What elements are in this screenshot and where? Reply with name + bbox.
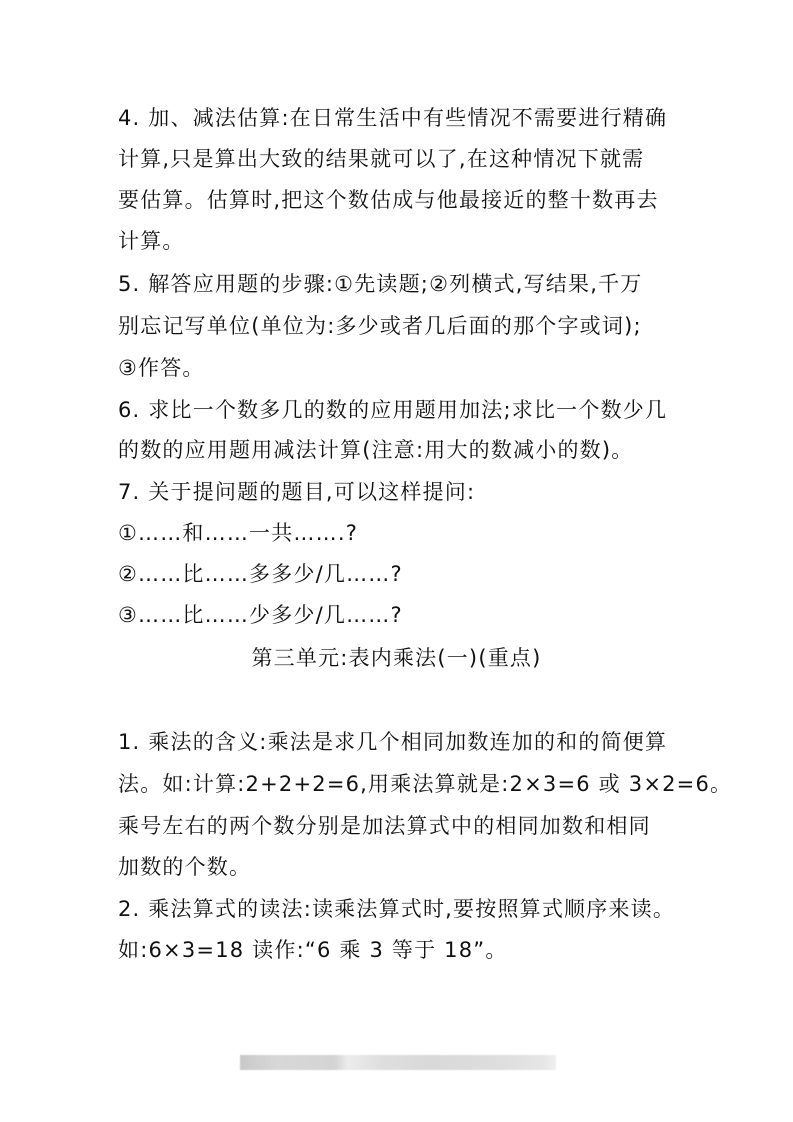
text-line: 5. 解答应用题的步骤:①先读题;②列横式,写结果,千万 (118, 270, 678, 298)
text-line: ③作答。 (118, 354, 678, 382)
blurred-footer (240, 1055, 556, 1070)
text-line: 加数的个数。 (118, 853, 678, 881)
text-line: 4. 加、减法估算:在日常生活中有些情况不需要进行精确 (118, 104, 678, 132)
text-line: 乘号左右的两个数分别是加法算式中的相同加数和相同 (118, 812, 678, 840)
text-line: 6. 求比一个数多几的数的应用题用加法;求比一个数少几 (118, 396, 678, 424)
question-template-line: ②……比……多多少/几……? (118, 560, 678, 588)
text-line: 的数的应用题用减法计算(注意:用大的数减小的数)。 (118, 436, 678, 464)
text-line: 2. 乘法算式的读法:读乘法算式时,要按照算式顺序来读。 (118, 895, 678, 923)
text-line: 要估算。估算时,把这个数估成与他最接近的整十数再去 (118, 186, 678, 214)
text-line: 如:6×3=18 读作:“6 乘 3 等于 18”。 (118, 936, 678, 964)
text-line: 计算。 (118, 227, 678, 255)
question-template-line: ①……和……一共…….? (118, 519, 678, 547)
text-line: 7. 关于提问题的题目,可以这样提问: (118, 478, 678, 506)
document-page: 4. 加、减法估算:在日常生活中有些情况不需要进行精确 计算,只是算出大致的结果… (0, 0, 793, 1122)
text-line: 法。如:计算:2+2+2=6,用乘法算就是:2×3=6 或 3×2=6。 (118, 770, 678, 798)
question-template-line: ③……比……少多少/几……? (118, 601, 678, 629)
text-line: 别忘记写单位(单位为:多少或者几后面的那个字或词); (118, 312, 678, 340)
section-heading: 第三单元:表内乘法(一)(重点) (0, 644, 793, 672)
text-line: 计算,只是算出大致的结果就可以了,在这种情况下就需 (118, 145, 678, 173)
text-line: 1. 乘法的含义:乘法是求几个相同加数连加的和的简便算 (118, 728, 678, 756)
